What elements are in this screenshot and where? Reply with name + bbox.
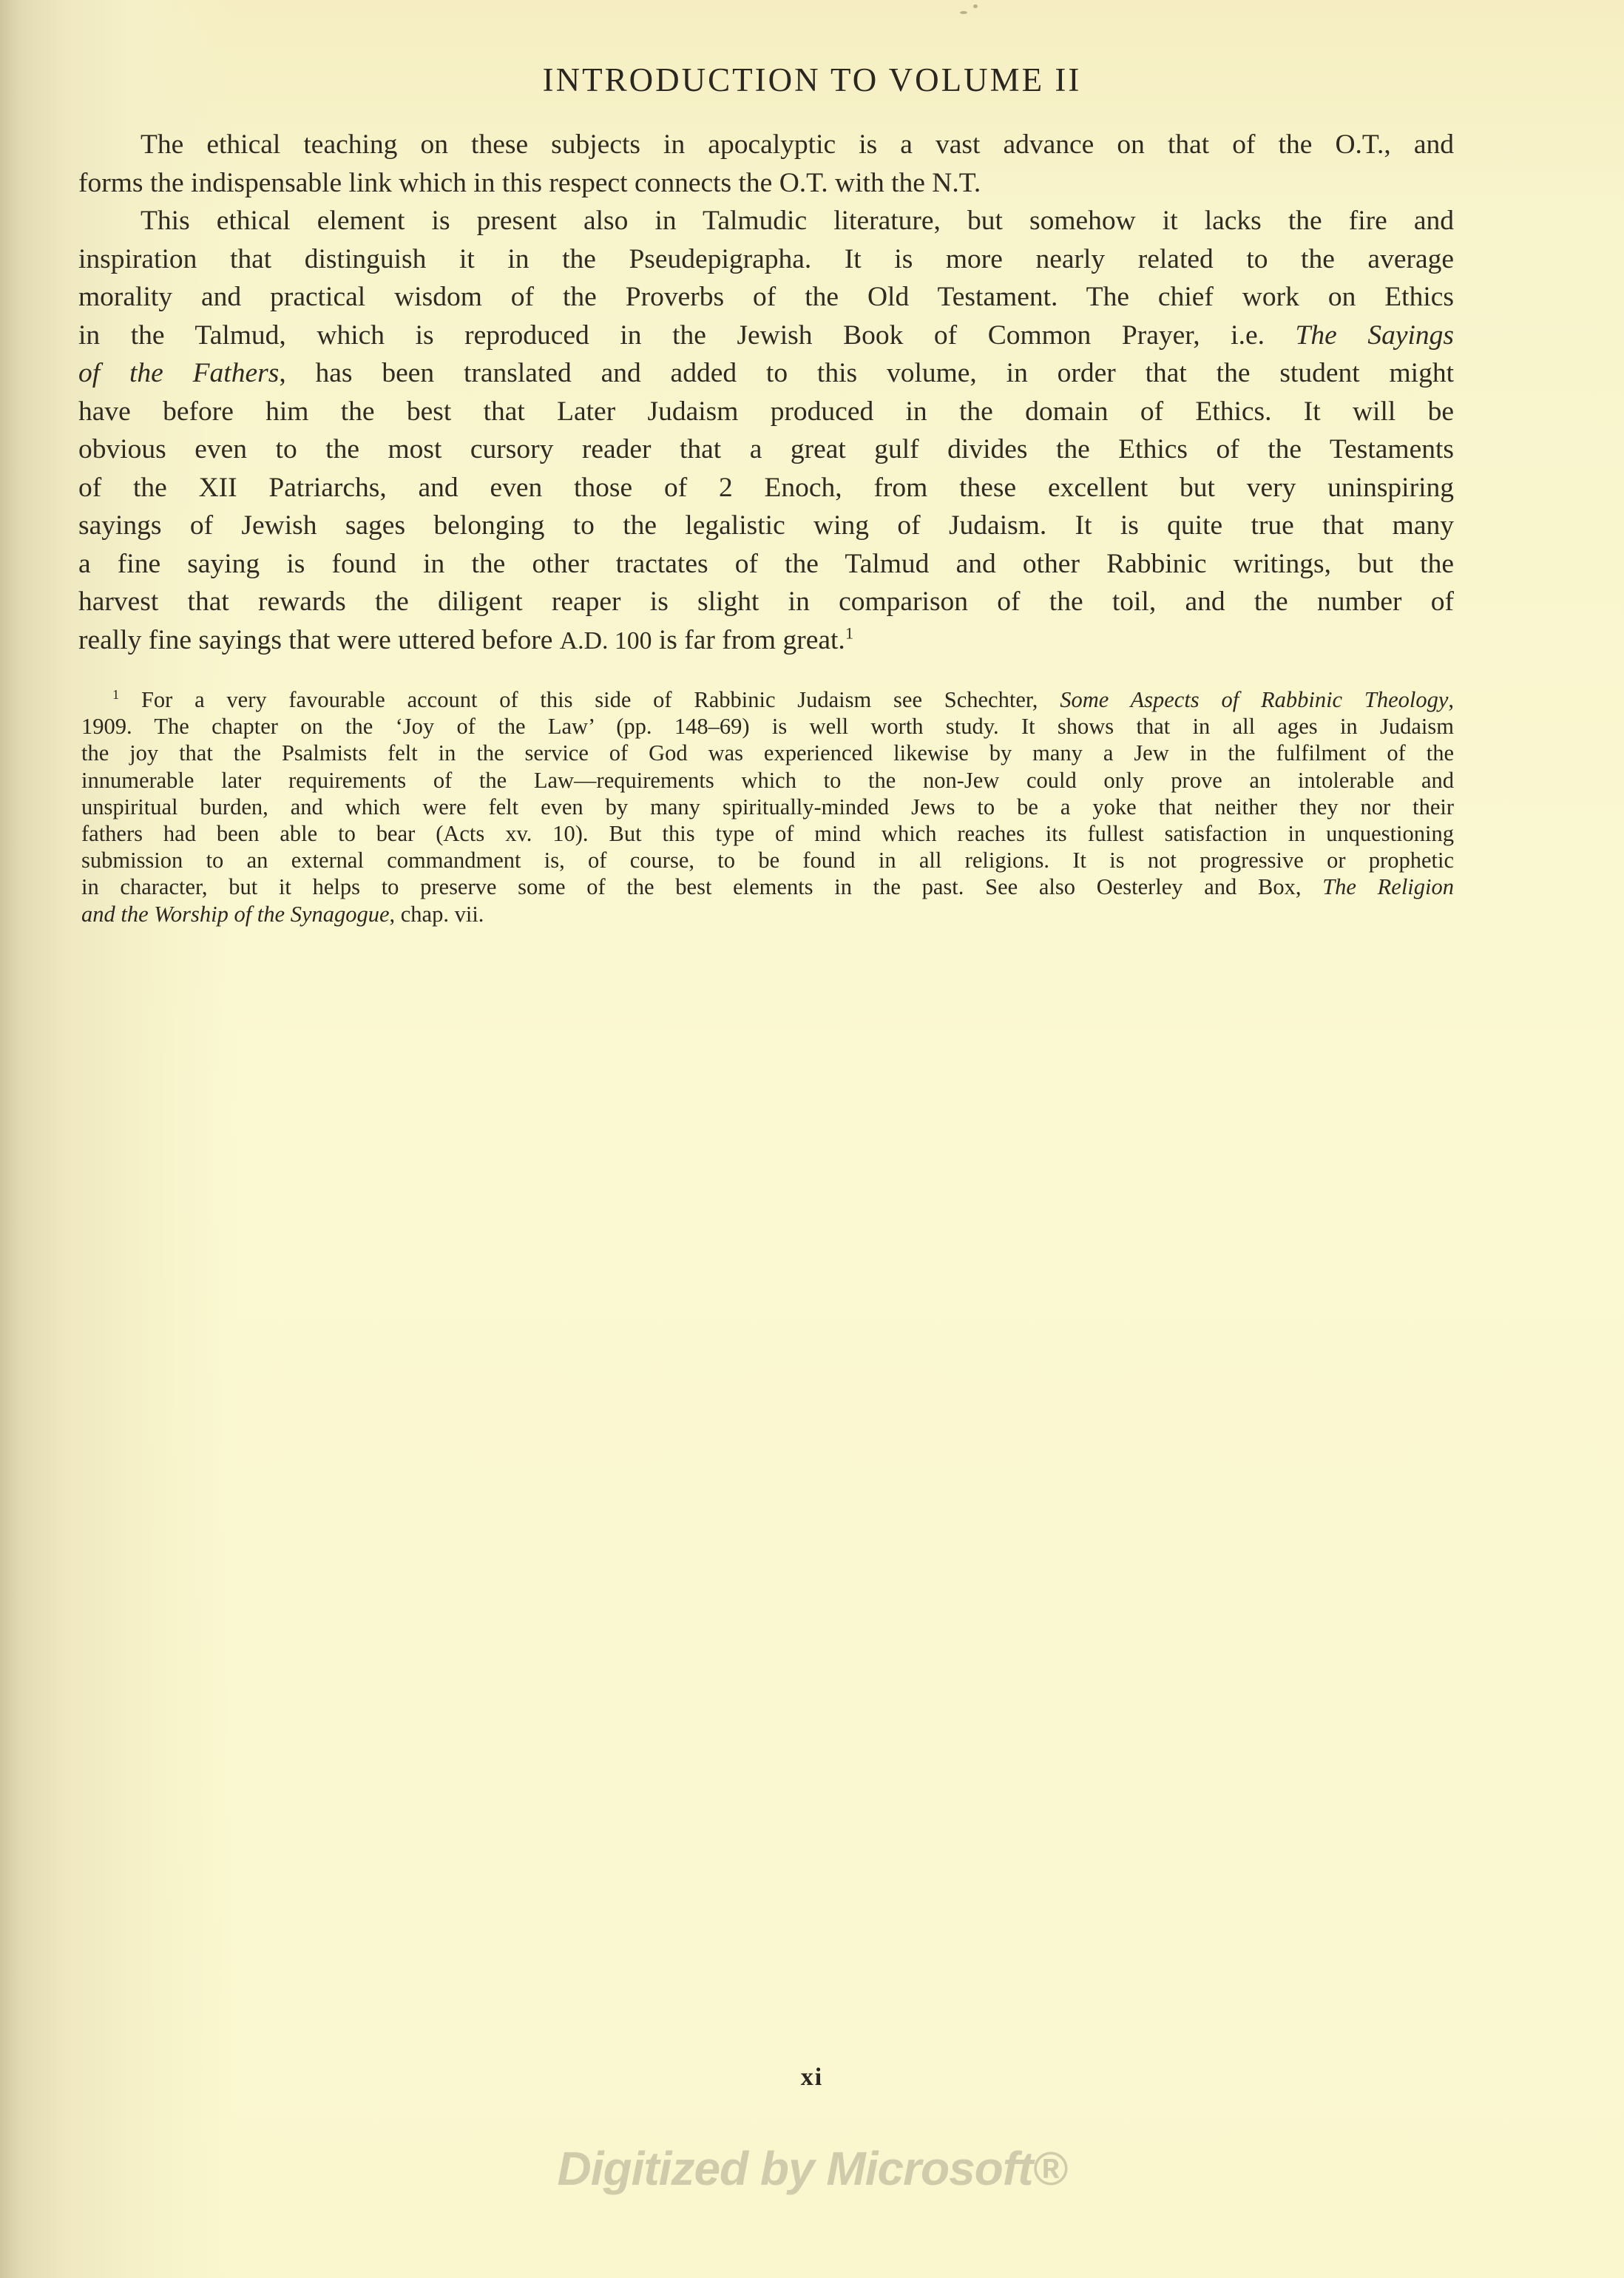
line-text: the joy that the Psalmists felt in the s… bbox=[81, 740, 1454, 765]
line-text: For a very favourable account of this si… bbox=[141, 687, 1060, 712]
footnote-line: submission to an external commandment is… bbox=[81, 847, 1454, 873]
paragraph-line: really fine sayings that were uttered be… bbox=[78, 621, 1454, 660]
footnote-line: in character, but it helps to preserve s… bbox=[81, 873, 1454, 900]
paragraph-line: of the Fathers, has been translated and … bbox=[78, 354, 1454, 393]
line-text: a fine saying is found in the other trac… bbox=[78, 549, 1454, 579]
line-text: inspiration that distinguish it in the P… bbox=[78, 244, 1454, 274]
line-text: unspiritual burden, and which were felt … bbox=[81, 794, 1454, 819]
footnote-marker: 1 bbox=[112, 687, 119, 702]
line-text: , has been translated and added to this … bbox=[279, 358, 1454, 388]
line-text: morality and practical wisdom of the Pro… bbox=[78, 282, 1454, 312]
footnote-reference: 1 bbox=[845, 623, 853, 642]
paper-speck-mark bbox=[973, 4, 978, 8]
line-text: submission to an external commandment is… bbox=[81, 848, 1454, 873]
footnote-line: 1 For a very favourable account of this … bbox=[81, 686, 1454, 713]
line-text: fathers had been able to bear (Acts xv. … bbox=[81, 821, 1454, 846]
line-text: have before him the best that Later Juda… bbox=[78, 396, 1454, 427]
paragraph-line: have before him the best that Later Juda… bbox=[78, 393, 1454, 431]
line-text: harvest that rewards the diligent reaper… bbox=[78, 587, 1454, 617]
italic-title: and the Worship of the Synagogue bbox=[81, 902, 390, 927]
era-date: A.D. 100 bbox=[560, 627, 652, 655]
footnote-line: the joy that the Psalmists felt in the s… bbox=[81, 740, 1454, 766]
line-text: , chap. vii. bbox=[390, 902, 484, 927]
footnote-line: innumerable later requirements of the La… bbox=[81, 767, 1454, 794]
paragraph-line: a fine saying is found in the other trac… bbox=[78, 545, 1454, 584]
paragraph-line: This ethical element is present also in … bbox=[78, 202, 1454, 240]
line-text: 1909. The chapter on the ‘Joy of the Law… bbox=[81, 714, 1454, 739]
line-text: obvious even to the most cursory reader … bbox=[78, 434, 1454, 464]
body-text: The ethical teaching on these subjects i… bbox=[78, 126, 1454, 659]
line-text: in character, but it helps to preserve s… bbox=[81, 874, 1322, 899]
line-text: The ethical teaching on these subjects i… bbox=[141, 129, 1454, 160]
paper-speck-mark bbox=[960, 11, 967, 14]
paragraph-line: morality and practical wisdom of the Pro… bbox=[78, 278, 1454, 317]
paragraph-line: obvious even to the most cursory reader … bbox=[78, 430, 1454, 469]
italic-title: The Sayings bbox=[1296, 320, 1454, 351]
line-text: , bbox=[1448, 687, 1454, 712]
page-number: xi bbox=[0, 2064, 1624, 2092]
footnote: 1 For a very favourable account of this … bbox=[81, 686, 1454, 927]
line-text: sayings of Jewish sages belonging to the… bbox=[78, 510, 1454, 541]
paragraph-line: of the XII Patriarchs, and even those of… bbox=[78, 469, 1454, 507]
footnote-line: unspiritual burden, and which were felt … bbox=[81, 794, 1454, 820]
paragraph-line: inspiration that distinguish it in the P… bbox=[78, 240, 1454, 279]
footnote-line: 1909. The chapter on the ‘Joy of the Law… bbox=[81, 713, 1454, 740]
italic-title: The Religion bbox=[1322, 874, 1454, 899]
paragraph-line: The ethical teaching on these subjects i… bbox=[78, 126, 1454, 164]
line-text: innumerable later requirements of the La… bbox=[81, 768, 1454, 793]
line-text: This ethical element is present also in … bbox=[141, 206, 1454, 236]
paragraph-line: harvest that rewards the diligent reaper… bbox=[78, 583, 1454, 621]
paragraph-line: in the Talmud, which is reproduced in th… bbox=[78, 317, 1454, 355]
digitization-watermark: Digitized by Microsoft® bbox=[0, 2141, 1624, 2196]
paragraph-line: sayings of Jewish sages belonging to the… bbox=[78, 507, 1454, 545]
line-text: really fine sayings that were uttered be… bbox=[78, 625, 560, 655]
italic-title: of the Fathers bbox=[78, 358, 279, 388]
page-heading: INTRODUCTION TO VOLUME II bbox=[0, 61, 1624, 99]
footnote-line: fathers had been able to bear (Acts xv. … bbox=[81, 820, 1454, 847]
footnote-line: and the Worship of the Synagogue, chap. … bbox=[81, 901, 1454, 927]
line-text: is far from great. bbox=[652, 625, 845, 655]
line-text: in the Talmud, which is reproduced in th… bbox=[78, 320, 1296, 351]
paragraph-line: forms the indispensable link which in th… bbox=[78, 164, 1454, 203]
line-text: of the XII Patriarchs, and even those of… bbox=[78, 473, 1454, 503]
line-text: forms the indispensable link which in th… bbox=[78, 168, 981, 198]
italic-title: Some Aspects of Rabbinic Theology bbox=[1060, 687, 1448, 712]
